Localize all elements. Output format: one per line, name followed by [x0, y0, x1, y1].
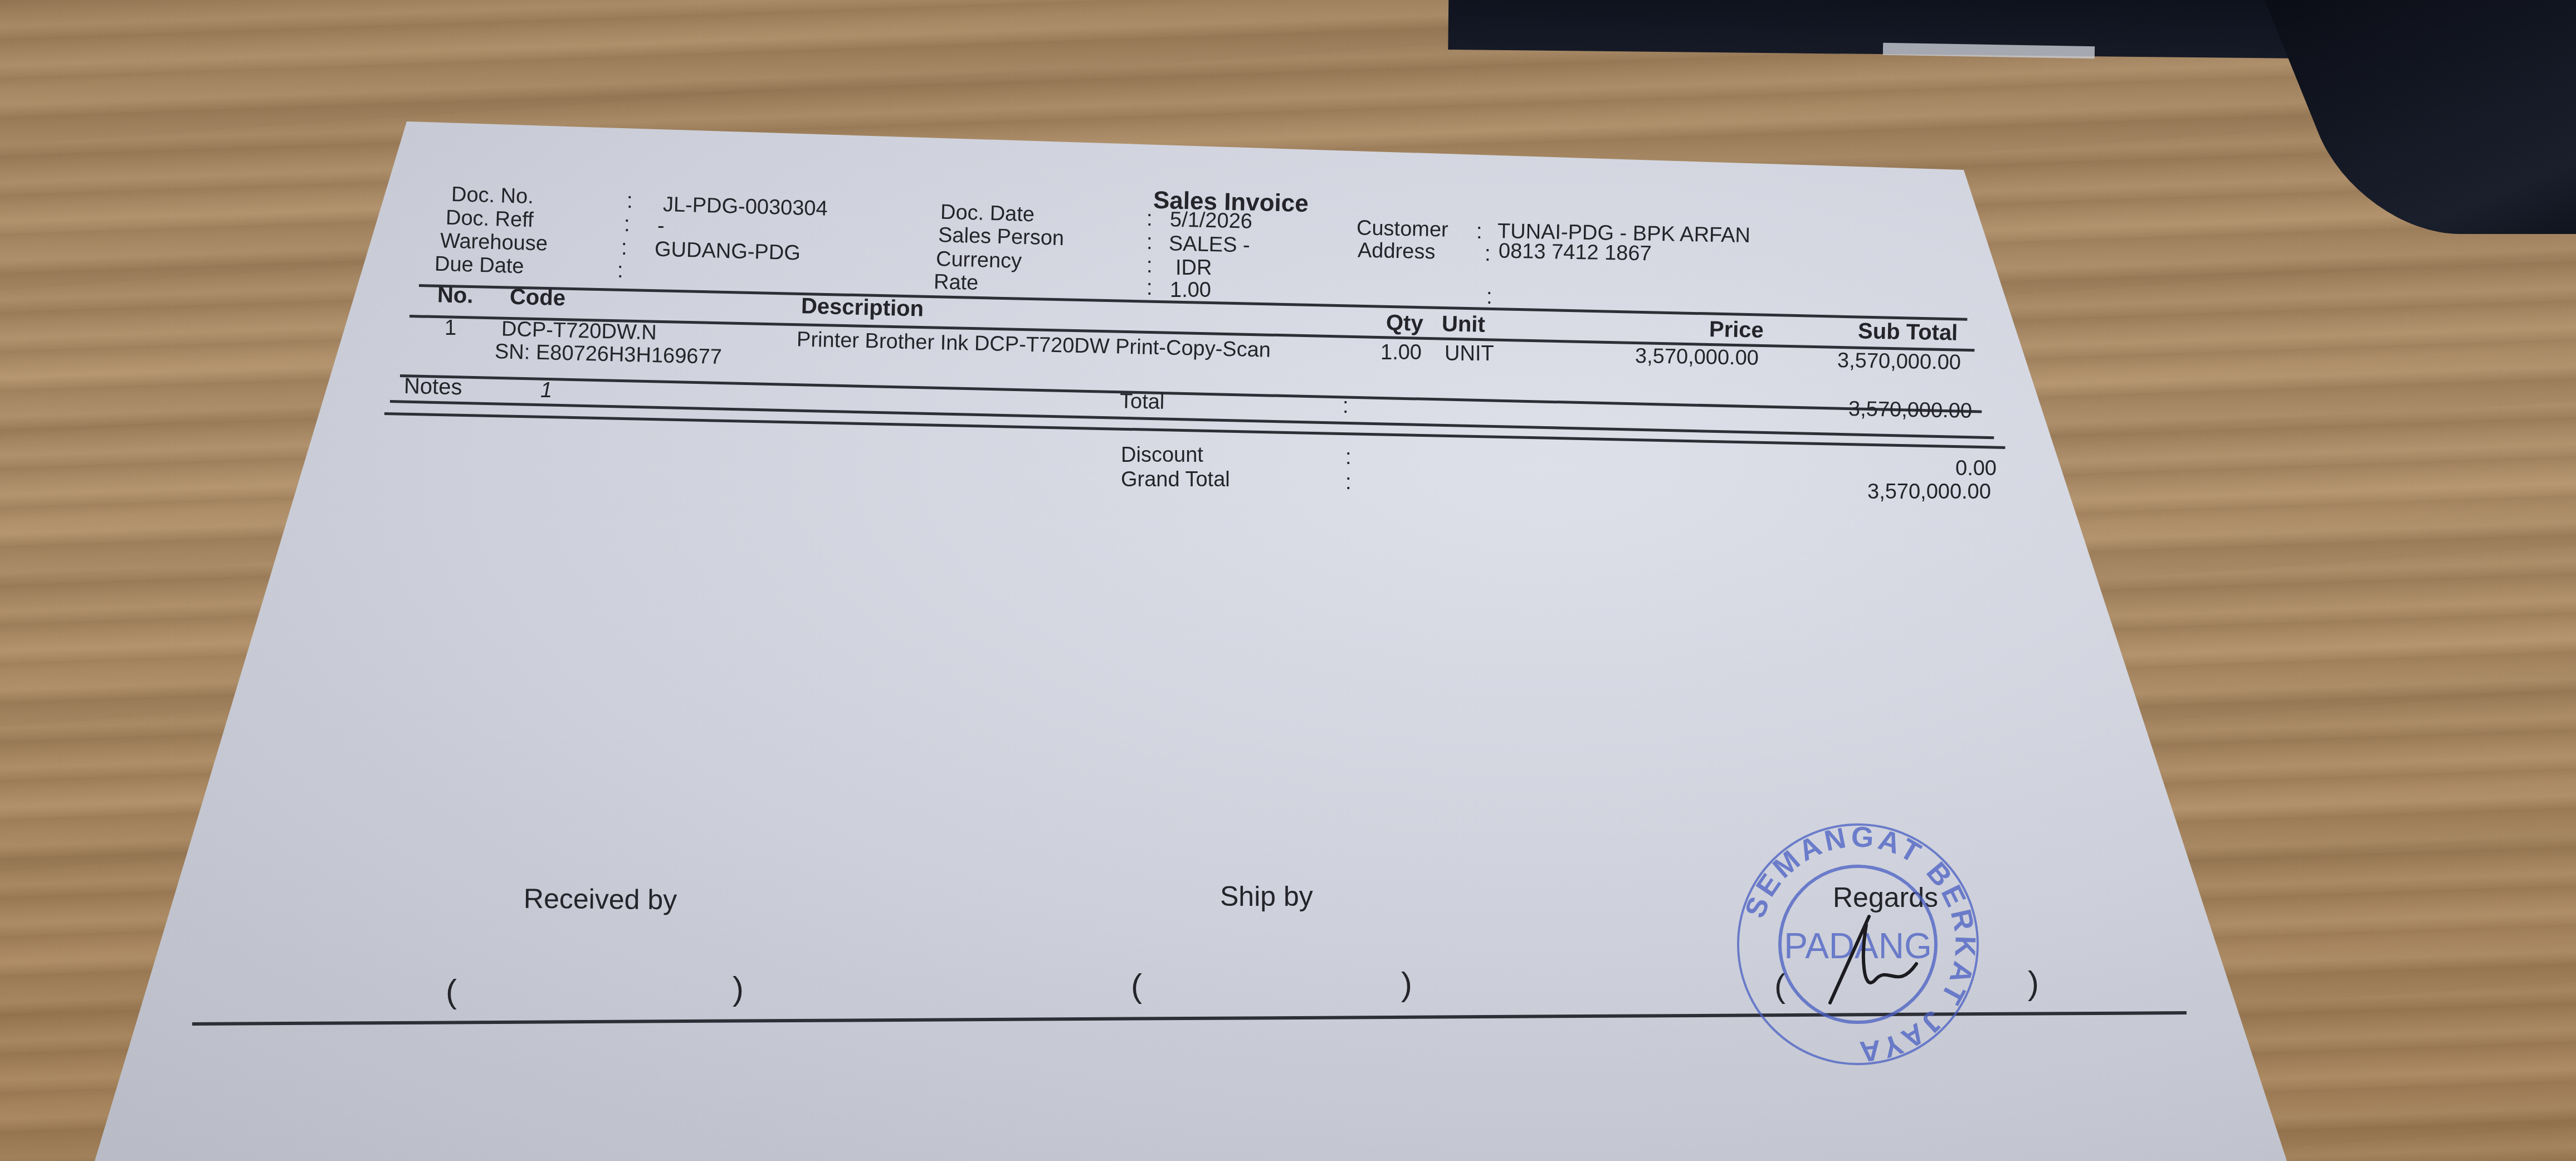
row-unit: UNIT: [1445, 342, 1494, 366]
row-serial: SN: E80726H3H169677: [495, 340, 723, 369]
sales-person-value: SALES -: [1169, 232, 1251, 257]
rate-sep: :: [1146, 276, 1153, 300]
sales-person-label: Sales Person: [938, 223, 1064, 251]
discount-label: Discount: [1121, 443, 1203, 467]
warehouse-value: GUDANG-PDG: [654, 238, 801, 266]
col-subtotal: Sub Total: [1858, 319, 1958, 345]
warehouse-label: Warehouse: [440, 229, 548, 256]
doc-reff-value: -: [657, 214, 665, 238]
rate-label: Rate: [933, 270, 978, 295]
row-qty: 1.00: [1380, 341, 1422, 365]
total-value: 3,570,000.00: [1848, 397, 1973, 423]
ship-by-open-paren: (: [1131, 967, 1142, 1005]
col-code: Code: [509, 285, 565, 311]
col-description: Description: [801, 294, 924, 321]
address-value: 0813 7412 1867: [1499, 240, 1652, 266]
doc-no-sep: :: [627, 189, 633, 213]
total-label: Total: [1120, 389, 1165, 414]
invoice-content: Sales Invoice Doc. No. : JL-PDG-0030304 …: [0, 0, 2576, 1161]
grand-total-sep: :: [1345, 471, 1352, 495]
grand-total-value: 3,570,000.00: [1867, 480, 1991, 504]
col-price: Price: [1709, 317, 1764, 343]
col-no: No.: [437, 282, 474, 309]
warehouse-sep: :: [621, 236, 627, 260]
doc-date-label: Doc. Date: [940, 201, 1035, 227]
stamp-center-text: PADANG: [1784, 926, 1932, 966]
ship-by-label: Ship by: [1220, 880, 1313, 913]
doc-date-value: 5/1/2026: [1170, 208, 1253, 233]
notes-value: 1: [540, 379, 552, 403]
received-by-close-paren: ): [733, 969, 744, 1008]
currency-sep: :: [1146, 254, 1153, 278]
col-unit: Unit: [1442, 311, 1486, 338]
doc-no-value: JL-PDG-0030304: [662, 193, 828, 221]
company-stamp: SEMANGAT BERKAT JAYA PADANG: [1727, 813, 1989, 1075]
regards-close-paren: ): [2028, 964, 2039, 1002]
doc-no-label: Doc. No.: [451, 183, 534, 209]
currency-label: Currency: [935, 247, 1022, 274]
grand-total-label: Grand Total: [1121, 468, 1230, 492]
discount-value: 0.00: [1955, 457, 1997, 481]
received-by-label: Received by: [524, 882, 677, 916]
col-qty: Qty: [1386, 310, 1424, 336]
ship-by-close-paren: ): [1401, 965, 1412, 1003]
sales-person-sep: :: [1146, 231, 1153, 255]
extra-sep: :: [1486, 285, 1492, 309]
rate-value: 1.00: [1170, 279, 1211, 303]
total-sep: :: [1343, 394, 1349, 418]
due-date-sep: :: [617, 259, 623, 283]
address-sep: :: [1485, 242, 1491, 266]
customer-sep: :: [1476, 220, 1482, 244]
due-date-label: Due Date: [434, 252, 524, 279]
currency-value: IDR: [1175, 256, 1212, 280]
discount-sep: :: [1345, 446, 1352, 470]
doc-date-sep: :: [1146, 207, 1153, 231]
doc-reff-sep: :: [624, 213, 630, 237]
row-no: 1: [445, 316, 456, 340]
row-subtotal: 3,570,000.00: [1837, 349, 1962, 375]
row-price: 3,570,000.00: [1635, 344, 1759, 370]
customer-label: Customer: [1357, 216, 1449, 242]
received-by-open-paren: (: [446, 972, 457, 1011]
notes-label: Notes: [403, 374, 462, 401]
address-label: Address: [1358, 239, 1436, 265]
doc-reff-label: Doc. Reff: [445, 206, 534, 232]
